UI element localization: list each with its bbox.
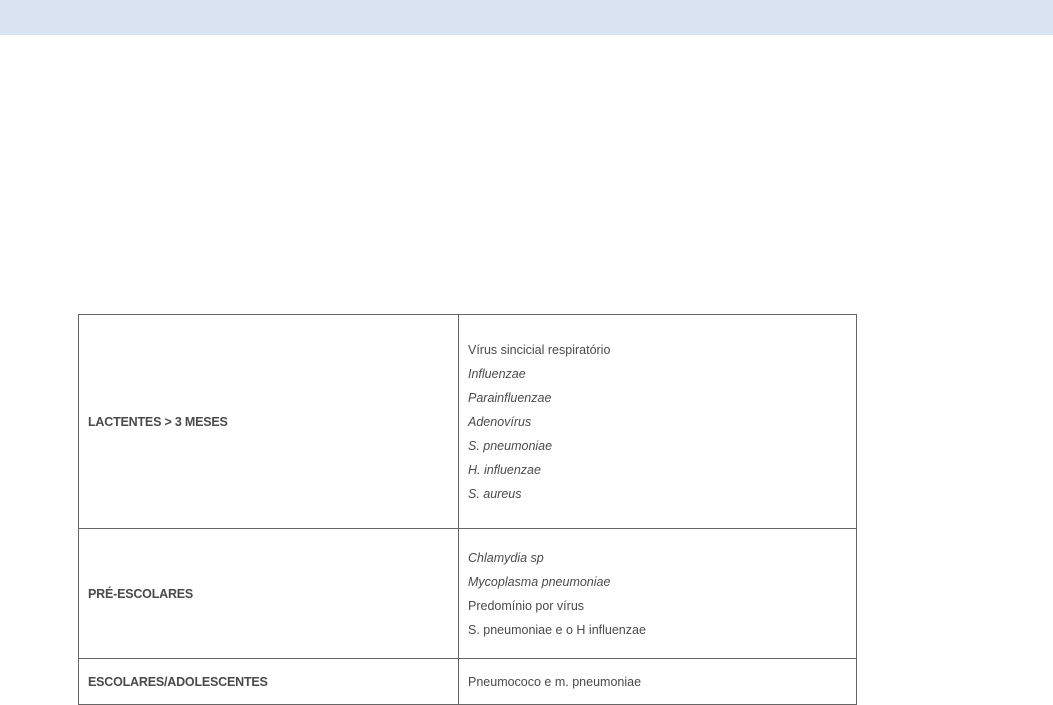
agent-item: Influenzae [468, 362, 856, 386]
agent-item: Chlamydia sp [468, 546, 856, 570]
agents-cell: Pneumococo e m. pneumoniae [459, 659, 857, 705]
agents-cell: Chlamydia sp Mycoplasma pneumoniae Predo… [459, 529, 857, 659]
table-row: ESCOLARES/ADOLESCENTES Pneumococo e m. p… [79, 659, 857, 705]
agent-item: Predomínio por vírus [468, 594, 856, 618]
table-row: LACTENTES > 3 MESES Vírus sincicial resp… [79, 315, 857, 529]
age-group-cell: ESCOLARES/ADOLESCENTES [79, 659, 459, 705]
agent-item: S. pneumoniae e o H influenzae [468, 618, 856, 642]
agent-item: S. pneumoniae [468, 434, 856, 458]
agent-item: Pneumococo e m. pneumoniae [468, 670, 856, 694]
agent-item: S. aureus [468, 482, 856, 506]
age-group-cell: LACTENTES > 3 MESES [79, 315, 459, 529]
agent-item: Adenovírus [468, 410, 856, 434]
agent-item: Vírus sincicial respiratório [468, 338, 856, 362]
agent-item: Parainfluenzae [468, 386, 856, 410]
agent-item: Mycoplasma pneumoniae [468, 570, 856, 594]
age-group-cell: PRÉ-ESCOLARES [79, 529, 459, 659]
agents-cell: Vírus sincicial respiratório Influenzae … [459, 315, 857, 529]
etiology-table: LACTENTES > 3 MESES Vírus sincicial resp… [78, 314, 857, 705]
header-band [0, 0, 1053, 35]
agent-item: H. influenzae [468, 458, 856, 482]
table-row: PRÉ-ESCOLARES Chlamydia sp Mycoplasma pn… [79, 529, 857, 659]
